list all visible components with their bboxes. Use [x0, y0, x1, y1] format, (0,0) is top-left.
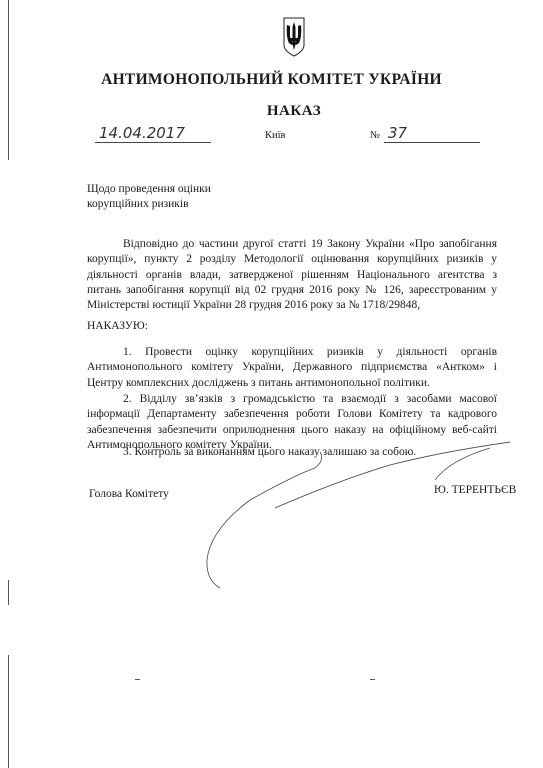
- document-city: Київ: [265, 130, 286, 141]
- scan-edge: [8, 580, 9, 605]
- signatory-title: Голова Комітету: [89, 488, 169, 500]
- scan-artifact: [135, 679, 140, 680]
- subject: Щодо проведення оцінки корупційних ризик…: [87, 182, 211, 212]
- subject-line: корупційних ризиків: [87, 197, 211, 212]
- orders-heading: НАКАЗУЮ:: [87, 320, 148, 332]
- order-item-1: 1. Провести оцінку корупційних ризиків у…: [87, 345, 497, 391]
- number-sign: №: [370, 130, 380, 141]
- preamble: Відповідно до частини другої статті 19 З…: [87, 237, 497, 313]
- document-type: НАКАЗ: [0, 103, 543, 120]
- document-date: 14.04.2017: [95, 124, 211, 143]
- preamble-text: Відповідно до частини другої статті 19 З…: [87, 238, 497, 311]
- handwritten-signature: [190, 440, 540, 590]
- organization-name: АНТИМОНОПОЛЬНИЙ КОМІТЕТ УКРАЇНИ: [0, 71, 543, 89]
- scan-artifact: [370, 679, 375, 680]
- scan-edge: [8, 655, 9, 768]
- number-value: 37: [384, 124, 480, 143]
- subject-line: Щодо проведення оцінки: [87, 182, 211, 197]
- trident-coat-of-arms-icon: [283, 17, 305, 57]
